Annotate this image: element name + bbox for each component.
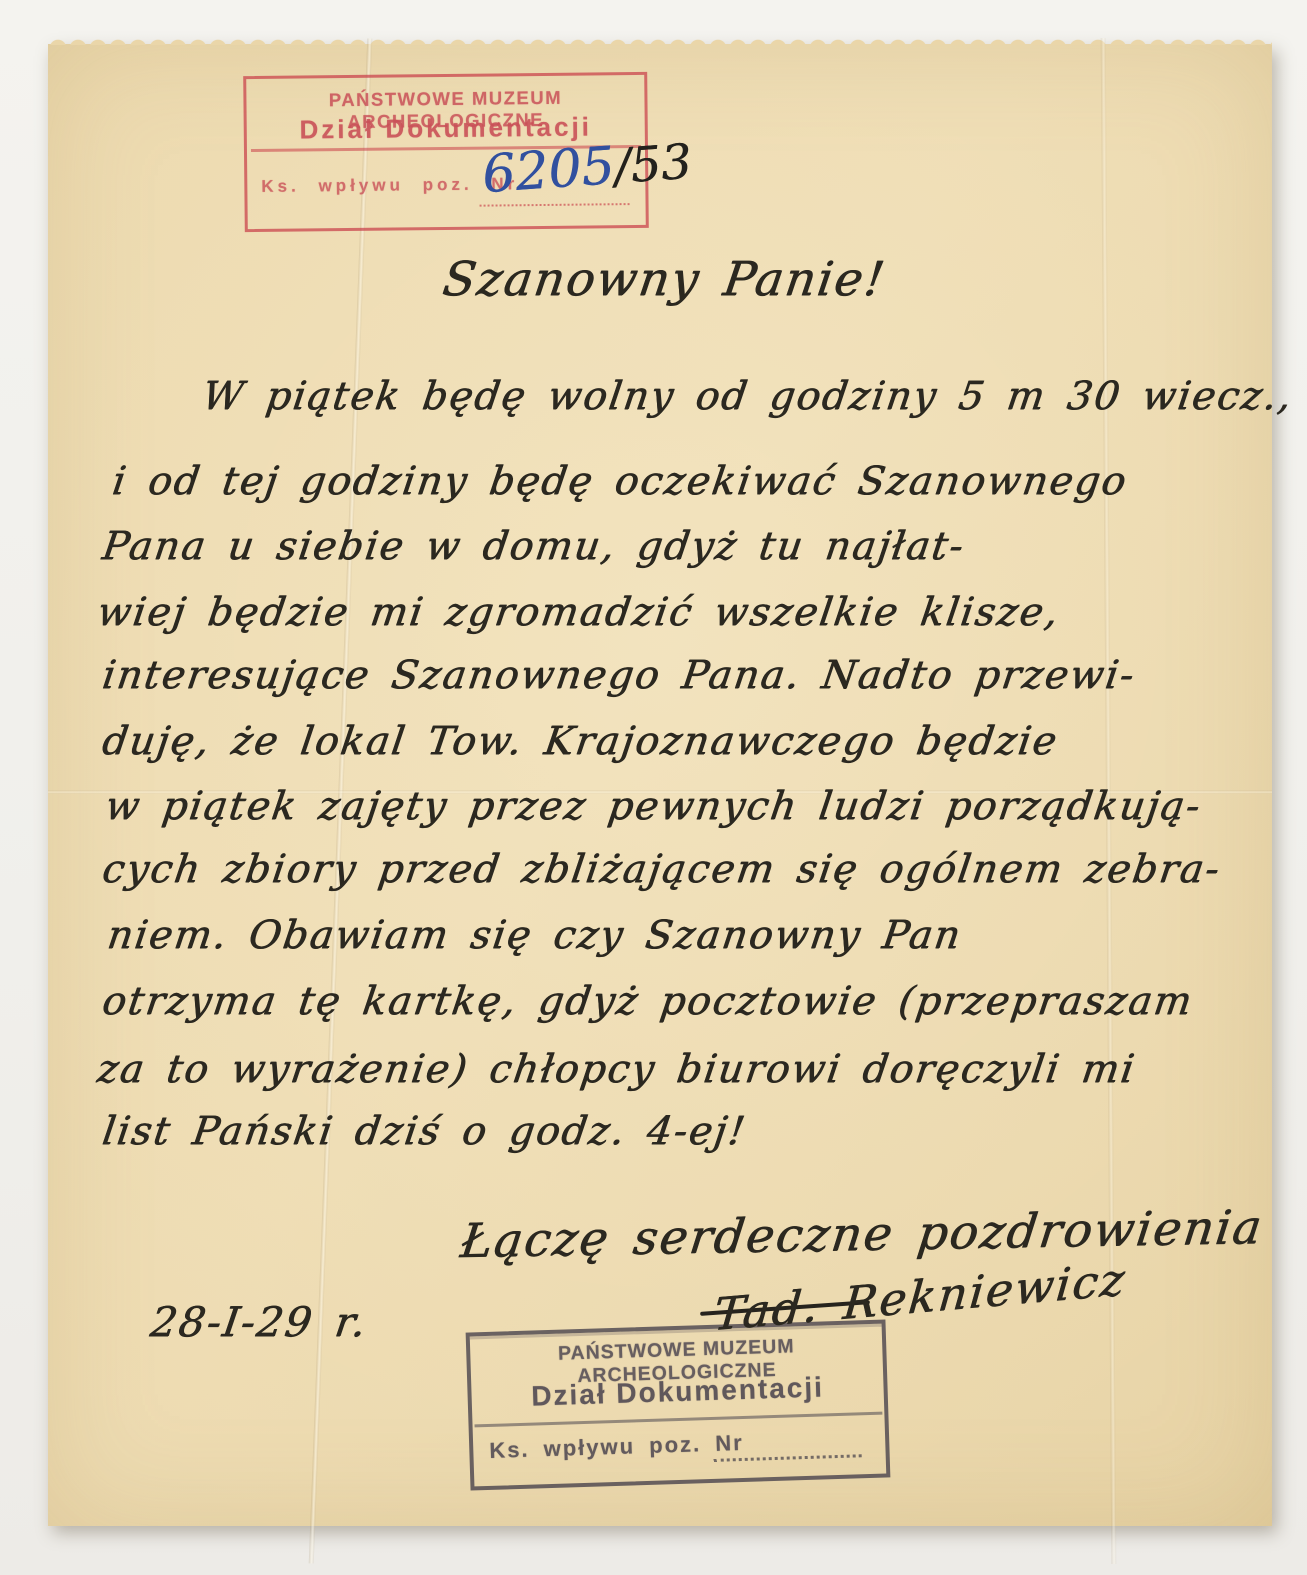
letter-greeting: Szanowny Panie!: [440, 256, 889, 303]
letter-line: niem. Obawiam się czy Szanowny Pan: [105, 916, 964, 955]
stamp-divider: [475, 1412, 883, 1428]
stamp-register-label: Ks. wpływu poz. Nr: [261, 174, 518, 197]
letter-line: wiej będzie mi zgromadzić wszelkie klisz…: [95, 593, 1062, 632]
letter-line: Pana u siebie w domu, gdyż tu najłat-: [100, 527, 967, 566]
museum-stamp-black: PAŃSTWOWE MUZEUM ARCHEOLOGICZNE Dział Do…: [466, 1319, 891, 1490]
letter-line: list Pański dziś o godz. 4-ej!: [100, 1112, 749, 1151]
scan-bed: PAŃSTWOWE MUZEUM ARCHEOLOGICZNE Dział Do…: [0, 0, 1307, 1575]
letter-paper: PAŃSTWOWE MUZEUM ARCHEOLOGICZNE Dział Do…: [48, 44, 1272, 1526]
letter-line: i od tej godziny będę oczekiwać Szanowne…: [110, 462, 1130, 501]
letter-line: za to wyrażenie) chłopcy biurowi doręczy…: [95, 1050, 1138, 1089]
stamp-register-label: Ks. wpływu poz. Nr: [489, 1430, 744, 1464]
letter-line: W piątek będę wolny od godziny 5 m 30 wi…: [200, 377, 1295, 416]
letter-line: otrzyma tę kartkę, gdyż pocztowie (przep…: [100, 982, 1196, 1021]
signature: Tad. Rekniewicz: [712, 1257, 1128, 1337]
letter-date: 28-I-29 r.: [148, 1302, 370, 1343]
letter-line: interesujące Szanownego Pana. Nadto prze…: [100, 656, 1138, 695]
letter-line: cych zbiory przed zbliżającem się ogólne…: [100, 850, 1223, 889]
accession-number-value: 6205: [480, 136, 616, 205]
letter-closing: Łączę serdeczne pozdrowienia: [458, 1204, 1266, 1265]
letter-line: w piątek zajęty przez pewnych ludzi porz…: [103, 787, 1204, 826]
accession-number-suffix: /53: [612, 134, 693, 195]
letter-line: duję, że lokal Tow. Krajoznawczego będzi…: [100, 722, 1061, 761]
